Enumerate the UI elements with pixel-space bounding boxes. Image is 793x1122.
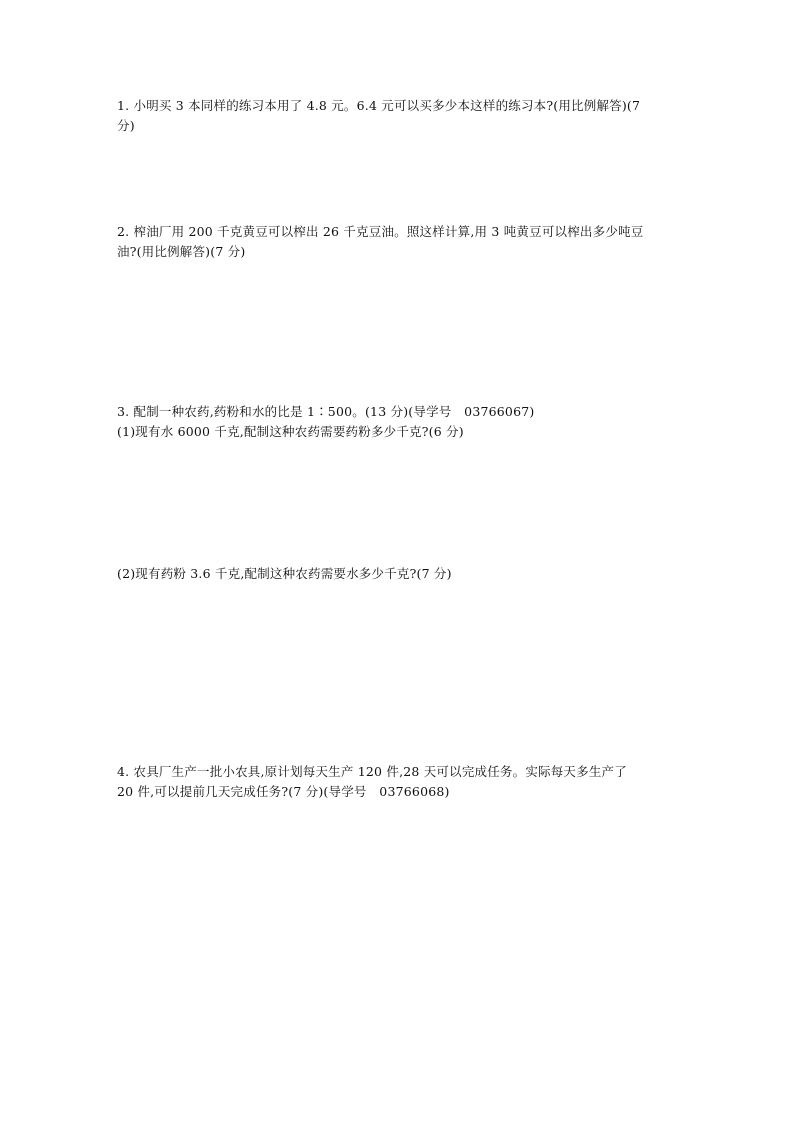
question-3-subquestion-2: (2)现有药粉 3.6 千克,配制这种农药需要水多少千克?(7 分) — [117, 564, 687, 584]
question-1-line-2: 分) — [117, 116, 687, 136]
question-2-line-1: 2. 榨油厂用 200 千克黄豆可以榨出 26 千克豆油。照这样计算,用 3 吨… — [117, 222, 687, 242]
question-3: 3. 配制一种农药,药粉和水的比是 1∶500。(13 分)(导学号 03766… — [117, 402, 687, 442]
worksheet-page: 1. 小明买 3 本同样的练习本用了 4.8 元。6.4 元可以买多少本这样的练… — [0, 0, 793, 1122]
question-2-line-2: 油?(用比例解答)(7 分) — [117, 242, 687, 262]
question-2: 2. 榨油厂用 200 千克黄豆可以榨出 26 千克豆油。照这样计算,用 3 吨… — [117, 222, 687, 262]
question-4: 4. 农具厂生产一批小农具,原计划每天生产 120 件,28 天可以完成任务。实… — [117, 762, 687, 802]
question-1: 1. 小明买 3 本同样的练习本用了 4.8 元。6.4 元可以买多少本这样的练… — [117, 96, 687, 136]
question-3-line-1: 3. 配制一种农药,药粉和水的比是 1∶500。(13 分)(导学号 03766… — [117, 402, 687, 422]
question-3-subquestion-1: (1)现有水 6000 千克,配制这种农药需要药粉多少千克?(6 分) — [117, 422, 687, 442]
question-4-line-2: 20 件,可以提前几天完成任务?(7 分)(导学号 03766068) — [117, 782, 687, 802]
question-4-line-1: 4. 农具厂生产一批小农具,原计划每天生产 120 件,28 天可以完成任务。实… — [117, 762, 687, 782]
question-1-line-1: 1. 小明买 3 本同样的练习本用了 4.8 元。6.4 元可以买多少本这样的练… — [117, 96, 687, 116]
question-3-subquestion-2-text: (2)现有药粉 3.6 千克,配制这种农药需要水多少千克?(7 分) — [117, 564, 687, 584]
